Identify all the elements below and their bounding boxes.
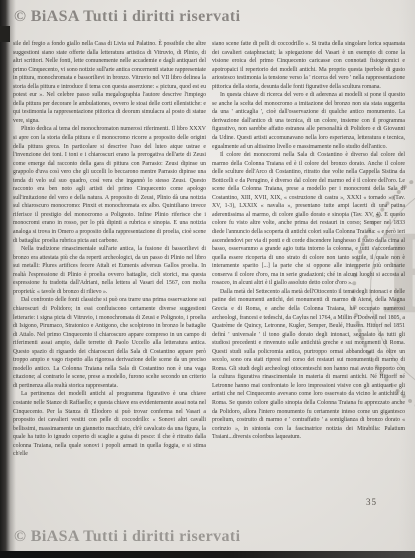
text-column-right: siano scene fatte di pelli di coccodrill…	[212, 40, 405, 442]
paragraph: sile del fregio a fondo giallo nella Cas…	[13, 40, 206, 125]
scan-edge-notch	[0, 26, 10, 42]
copyright-watermark-top: © BiASA Tutti i diritti riservati	[14, 8, 241, 26]
scan-edge-bottom	[0, 551, 415, 558]
paragraph: siano scene fatte di pelli di coccodrill…	[212, 40, 405, 91]
paragraph: Il colore dei monocromi nella Sala di Co…	[212, 151, 405, 288]
paragraph: Plinio dedica al tema del monochromaton …	[13, 125, 206, 245]
page-number: 35	[366, 497, 377, 507]
paragraph: Nella tradizione rinascimentale sull'art…	[13, 245, 206, 296]
text-column-left: sile del fregio a fondo giallo nella Cas…	[13, 40, 206, 459]
paragraph: In questa chiave di ricerca del vero e d…	[212, 91, 405, 151]
copyright-watermark-bottom: © BiASA Tutti i diritti riservati	[14, 528, 241, 546]
paragraph: Dalla metà del Settecento alla metà dell…	[212, 288, 405, 442]
paragraph: La pertinenza dei modelli antichi al pro…	[13, 390, 206, 458]
paragraph: Dal confronto delle fonti classiche si p…	[13, 296, 206, 390]
scanned-page: H © BiASA Tutti i diritti riservati sile…	[0, 0, 415, 558]
